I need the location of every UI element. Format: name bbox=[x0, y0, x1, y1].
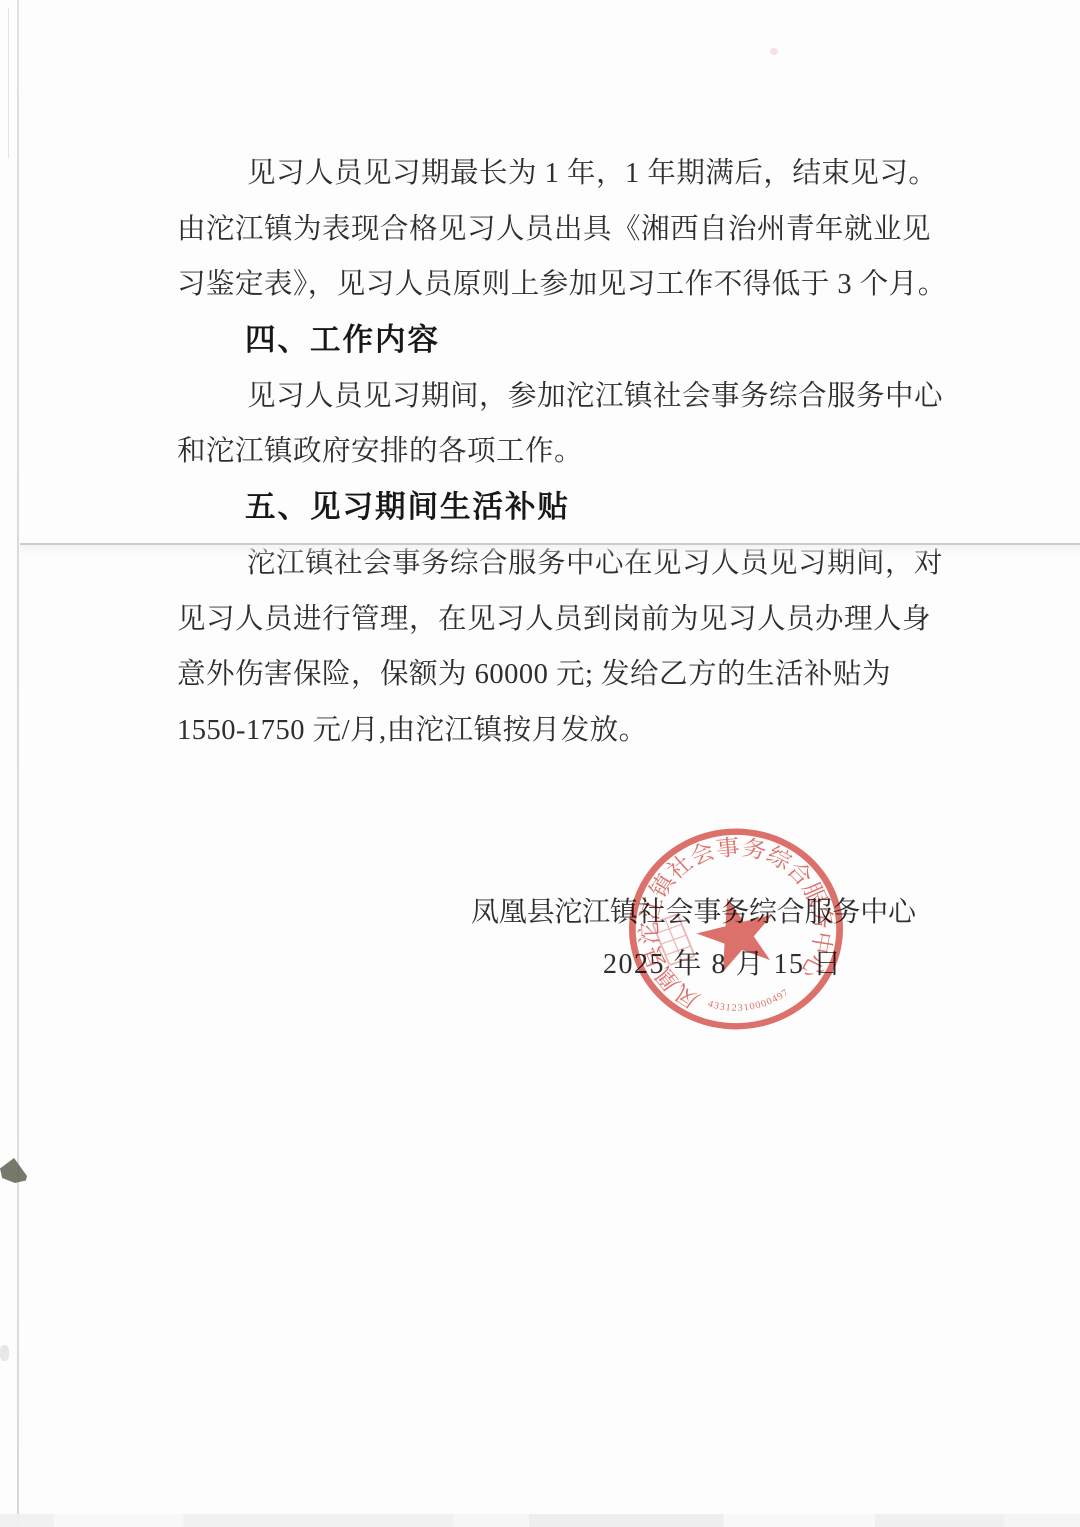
body-line: 由沱江镇为表现合格见习人员出具《湘西自治州青年就业见 bbox=[177, 202, 959, 258]
scan-small-mark bbox=[0, 1345, 9, 1361]
body-line: 和沱江镇政府安排的各项工作。 bbox=[177, 424, 959, 480]
body-line: 习鉴定表》，见习人员原则上参加见习工作不得低于 3 个月。 bbox=[177, 257, 959, 313]
seal-star-icon bbox=[689, 888, 784, 975]
body-line: 意外伤害保险，保额为 60000 元; 发给乙方的生活补贴为 bbox=[177, 647, 959, 703]
section-heading-4: 四、工作内容 bbox=[177, 313, 959, 369]
official-seal-graphic: 凤凰县沱江镇社会事务综合服务中心 43312310000497 bbox=[622, 822, 850, 1036]
document-body: 见习人员见习期最长为 1 年，1 年期满后，结束见习。 由沱江镇为表现合格见习人… bbox=[177, 146, 959, 759]
body-line: 见习人员见习期最长为 1 年，1 年期满后，结束见习。 bbox=[177, 146, 959, 202]
body-line: 1550-1750 元/月,由沱江镇按月发放。 bbox=[177, 703, 959, 759]
scanned-document-page: 见习人员见习期最长为 1 年，1 年期满后，结束见习。 由沱江镇为表现合格见习人… bbox=[0, 0, 1080, 1527]
body-line: 见习人员见习期间，参加沱江镇社会事务综合服务中心 bbox=[177, 369, 959, 425]
body-line: 见习人员进行管理，在见习人员到岗前为见习人员办理人身 bbox=[177, 592, 959, 648]
scan-edge-line-top bbox=[8, 8, 9, 158]
scan-bottom-band bbox=[0, 1514, 1080, 1527]
official-seal: 凤凰县沱江镇社会事务综合服务中心 43312310000497 bbox=[622, 822, 850, 1036]
scan-seam-line bbox=[20, 543, 1080, 556]
scan-smudge bbox=[0, 1158, 27, 1183]
scan-edge-line bbox=[17, 0, 19, 1527]
scan-pink-speck bbox=[770, 48, 778, 55]
section-heading-5: 五、见习期间生活补贴 bbox=[177, 480, 959, 536]
